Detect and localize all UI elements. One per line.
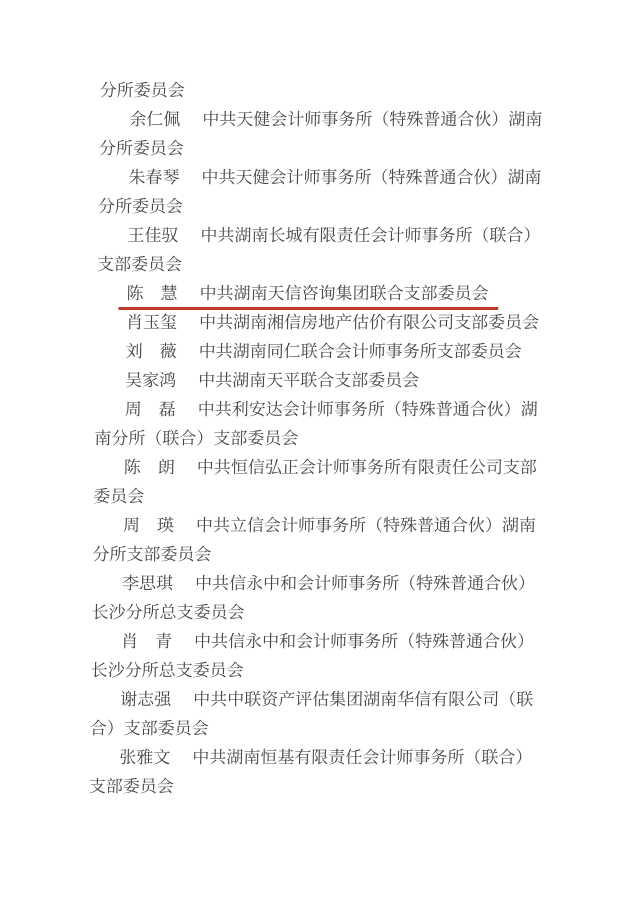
entry-first-line: 朱春琴中共天健会计师事务所（特殊普通合伙）湖南 [98,163,558,192]
entry-organization: 中共天健会计师事务所（特殊普通合伙）湖南 [201,168,541,187]
entry-first-line: 周 瑛中共立信会计师事务所（特殊普通合伙）湖南 [93,511,553,540]
entry-organization: 中共湖南同仁联合会计师事务所支部委员会 [199,342,522,361]
entry: 陈 慧中共湖南天信咨询集团联合支部委员会 [96,279,556,308]
entry-organization: 中共湖南天平联合支部委员会 [198,371,419,390]
entry-name: 谢志强 [120,685,171,714]
entry-organization: 中共立信会计师事务所（特殊普通合伙）湖南 [196,516,536,535]
entry: 刘 薇中共湖南同仁联合会计师事务所支部委员会 [95,337,555,366]
entry-continuation-line: 支部委员会 [97,250,557,279]
entry-first-line: 刘 薇中共湖南同仁联合会计师事务所支部委员会 [95,337,555,366]
entry-continuation-line: 分所委员会 [98,192,558,221]
entry: 周 瑛中共立信会计师事务所（特殊普通合伙）湖南分所支部委员会 [92,511,553,569]
entry-name: 周 瑛 [123,511,174,540]
entry: 肖 青中共信永中和会计师事务所（特殊普通合伙）长沙分所总支委员会 [90,627,551,685]
entry-name: 余仁佩 [129,105,180,134]
entry-name: 王佳驭 [127,221,178,250]
entry-continuation-line: 南分所（联合）支部委员会 [94,424,554,453]
entry-name: 肖玉玺 [126,308,177,337]
entry-first-line: 周 磊中共利安达会计师事务所（特殊普通合伙）湖 [95,395,555,424]
entry-first-line: 肖 青中共信永中和会计师事务所（特殊普通合伙） [91,627,551,656]
entry: 分所委员会 [100,76,560,105]
entry-organization: 中共天健会计师事务所（特殊普通合伙）湖南 [202,110,542,129]
entry-continuation-line: 分所支部委员会 [92,540,552,569]
entry-continuation-line: 委员会 [93,482,553,511]
entry-organization: 中共中联资产评估集团湖南华信有限公司（联 [193,690,533,709]
entry-continuation-line: 合）支部委员会 [90,714,550,743]
entry-organization: 中共信永中和会计师事务所（特殊普通合伙） [195,574,535,593]
entry-first-line: 王佳驭中共湖南长城有限责任会计师事务所（联合） [97,221,557,250]
entry-continuation-line: 支部委员会 [89,772,549,801]
entry-name: 陈 朗 [124,453,175,482]
entry-organization: 中共湖南长城有限责任会计师事务所（联合） [200,226,540,245]
entry: 余仁佩中共天健会计师事务所（特殊普通合伙）湖南分所委员会 [99,105,560,163]
entry-first-line: 吴家鸿中共湖南天平联合支部委员会 [95,366,555,395]
entry-organization: 中共利安达会计师事务所（特殊普通合伙）湖 [198,400,538,419]
entry-continuation-line: 长沙分所总支委员会 [91,598,551,627]
entry-organization: 中共信永中和会计师事务所（特殊普通合伙） [194,632,534,651]
entry-name: 李思琪 [122,569,173,598]
entry: 周 磊中共利安达会计师事务所（特殊普通合伙）湖南分所（联合）支部委员会 [94,395,555,453]
entry: 王佳驭中共湖南长城有限责任会计师事务所（联合）支部委员会 [97,221,558,279]
entry-name: 朱春琴 [128,163,179,192]
entry: 朱春琴中共天健会计师事务所（特殊普通合伙）湖南分所委员会 [98,163,559,221]
entry-first-line: 余仁佩中共天健会计师事务所（特殊普通合伙）湖南 [99,105,559,134]
entry-name: 吴家鸿 [125,366,176,395]
entry-continuation-line: 长沙分所总支委员会 [90,656,550,685]
entry-first-line: 谢志强中共中联资产评估集团湖南华信有限公司（联 [90,685,550,714]
entry-first-line: 张雅文中共湖南恒基有限责任会计师事务所（联合） [89,743,549,772]
entry-name: 周 磊 [125,395,176,424]
entry-continuation-line: 分所委员会 [99,134,559,163]
entry-organization: 中共恒信弘正会计师事务所有限责任公司支部 [197,458,537,477]
entry-first-line: 李思琪中共信永中和会计师事务所（特殊普通合伙） [92,569,552,598]
entry-continuation-line: 分所委员会 [100,76,560,105]
entry: 肖玉玺中共湖南湘信房地产估价有限公司支部委员会 [96,308,556,337]
entry: 张雅文中共湖南恒基有限责任会计师事务所（联合）支部委员会 [89,743,550,801]
entry-organization: 中共湖南恒基有限责任会计师事务所（联合） [192,748,532,767]
entry-name: 刘 薇 [125,337,176,366]
entry-organization: 中共湖南天信咨询集团联合支部委员会 [199,284,488,303]
entry-name: 陈 慧 [126,279,177,308]
entry-name: 张雅文 [119,743,170,772]
entry: 李思琪中共信永中和会计师事务所（特殊普通合伙）长沙分所总支委员会 [91,569,552,627]
document-body: 分所委员会余仁佩中共天健会计师事务所（特殊普通合伙）湖南分所委员会朱春琴中共天健… [89,76,560,801]
entry: 谢志强中共中联资产评估集团湖南华信有限公司（联合）支部委员会 [90,685,551,743]
entry: 吴家鸿中共湖南天平联合支部委员会 [95,366,555,395]
entry-first-line: 肖玉玺中共湖南湘信房地产估价有限公司支部委员会 [96,308,556,337]
entry: 陈 朗中共恒信弘正会计师事务所有限责任公司支部委员会 [93,453,554,511]
entry-organization: 中共湖南湘信房地产估价有限公司支部委员会 [199,313,539,332]
entry-first-line: 陈 朗中共恒信弘正会计师事务所有限责任公司支部 [94,453,554,482]
entry-name: 肖 青 [121,627,172,656]
entry-line-red-underlined: 陈 慧中共湖南天信咨询集团联合支部委员会 [96,279,556,308]
document-page: 分所委员会余仁佩中共天健会计师事务所（特殊普通合伙）湖南分所委员会朱春琴中共天健… [0,0,640,904]
